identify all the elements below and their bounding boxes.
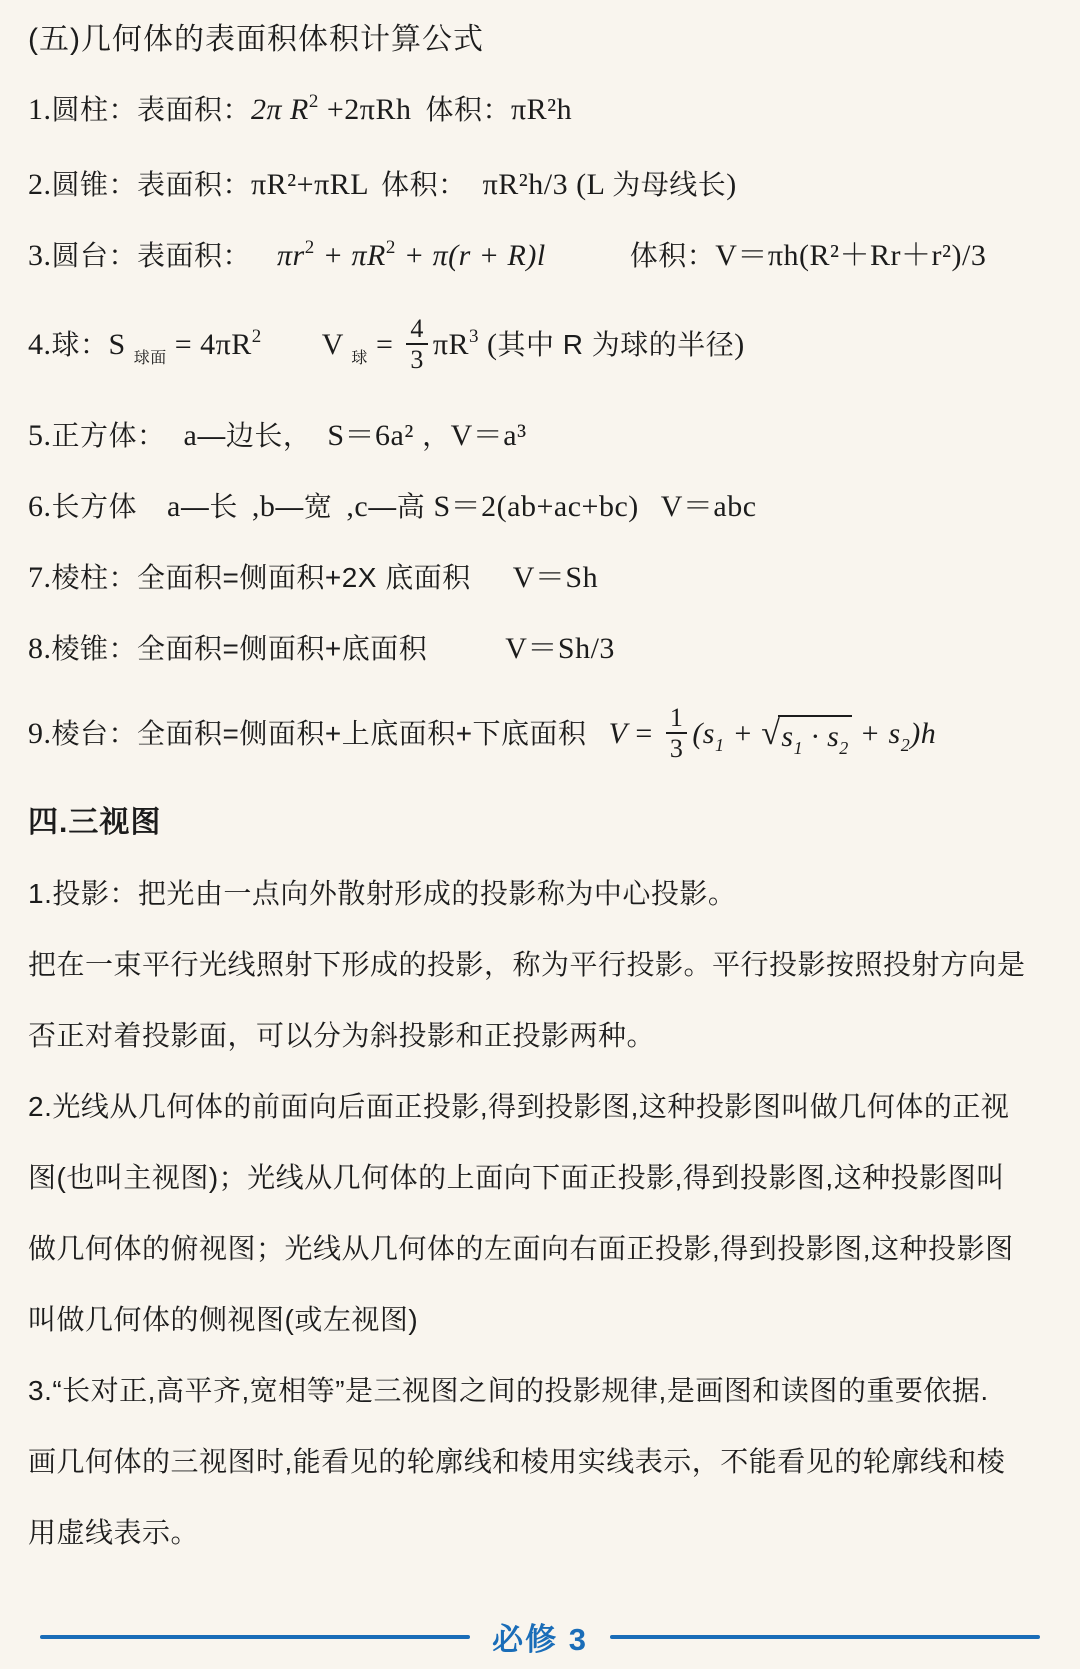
paragraph-line: 1.投影：把光由一点向外散射形成的投影称为中心投影。 <box>28 858 1052 929</box>
formula-line-cone-frustum: 3.圆台：表面积：πr2 + πR2 + π(r + R)l体积：V＝πh(R²… <box>28 220 1052 295</box>
footer-rule-left <box>40 1635 470 1639</box>
three-views-paragraphs: 1.投影：把光由一点向外散射形成的投影称为中心投影。 把在一束平行光线照射下形成… <box>28 858 1052 1568</box>
paragraph-line: 叫做几何体的侧视图(或左视图) <box>28 1284 1052 1355</box>
paragraph-line: 图(也叫主视图)；光线从几何体的上面向下面正投影,得到投影图,这种投影图叫 <box>28 1142 1052 1213</box>
paragraph-line: 2.光线从几何体的前面向后面正投影,得到投影图,这种投影图叫做几何体的正视 <box>28 1071 1052 1142</box>
document-page: (五)几何体的表面积体积计算公式 1.圆柱：表面积：2π R2 +2πRh体积：… <box>0 0 1080 1669</box>
formula-line-cube: 5.正方体：a—边长，S＝6a² ，V＝a³ <box>28 400 1052 471</box>
formula-line-pyramid: 8.棱锥：全面积=侧面积+底面积V＝Sh/3 <box>28 613 1052 684</box>
footer-volume-label: 必修 3 <box>492 1614 588 1659</box>
formula-line-prism: 7.棱柱：全面积=侧面积+2X 底面积V＝Sh <box>28 542 1052 613</box>
paragraph-line: 3.“长对正,高平齐,宽相等”是三视图之间的投影规律,是画图和读图的重要依据. <box>28 1355 1052 1426</box>
paragraph-line: 用虚线表示。 <box>28 1497 1052 1568</box>
paragraph-line: 画几何体的三视图时,能看见的轮廓线和棱用实线表示，不能看见的轮廓线和棱 <box>28 1426 1052 1497</box>
formula-list: 1.圆柱：表面积：2π R2 +2πRh体积：πR²h 2.圆锥：表面积：πR²… <box>28 74 1052 787</box>
paragraph-line: 否正对着投影面，可以分为斜投影和正投影两种。 <box>28 1000 1052 1071</box>
paragraph-line: 做几何体的俯视图；光线从几何体的左面向右面正投影,得到投影图,这种投影图 <box>28 1213 1052 1284</box>
formula-line-cone: 2.圆锥：表面积：πR²+πRL体积：πR²h/3 (L 为母线长) <box>28 149 1052 220</box>
footer-rule-right <box>610 1635 1040 1639</box>
section-title-three-views: 四.三视图 <box>28 787 1052 858</box>
section-title-surface-area: (五)几何体的表面积体积计算公式 <box>28 16 1052 64</box>
formula-line-cuboid: 6.长方体a—长,b—宽,c—高 S＝2(ab+ac+bc)V＝abc <box>28 471 1052 542</box>
page-footer: 必修 3 <box>28 1614 1052 1659</box>
formula-line-pyramid-frustum: 9.棱台：全面积=侧面积+上底面积+下底面积V = 13(s1 + √s1 · … <box>28 684 1052 787</box>
formula-line-sphere: 4.球：S 球面 = 4πR2V 球 = 43πR3 (其中 R 为球的半径) <box>28 295 1052 400</box>
paragraph-line: 把在一束平行光线照射下形成的投影，称为平行投影。平行投影按照投射方向是 <box>28 929 1052 1000</box>
formula-line-cylinder: 1.圆柱：表面积：2π R2 +2πRh体积：πR²h <box>28 74 1052 149</box>
